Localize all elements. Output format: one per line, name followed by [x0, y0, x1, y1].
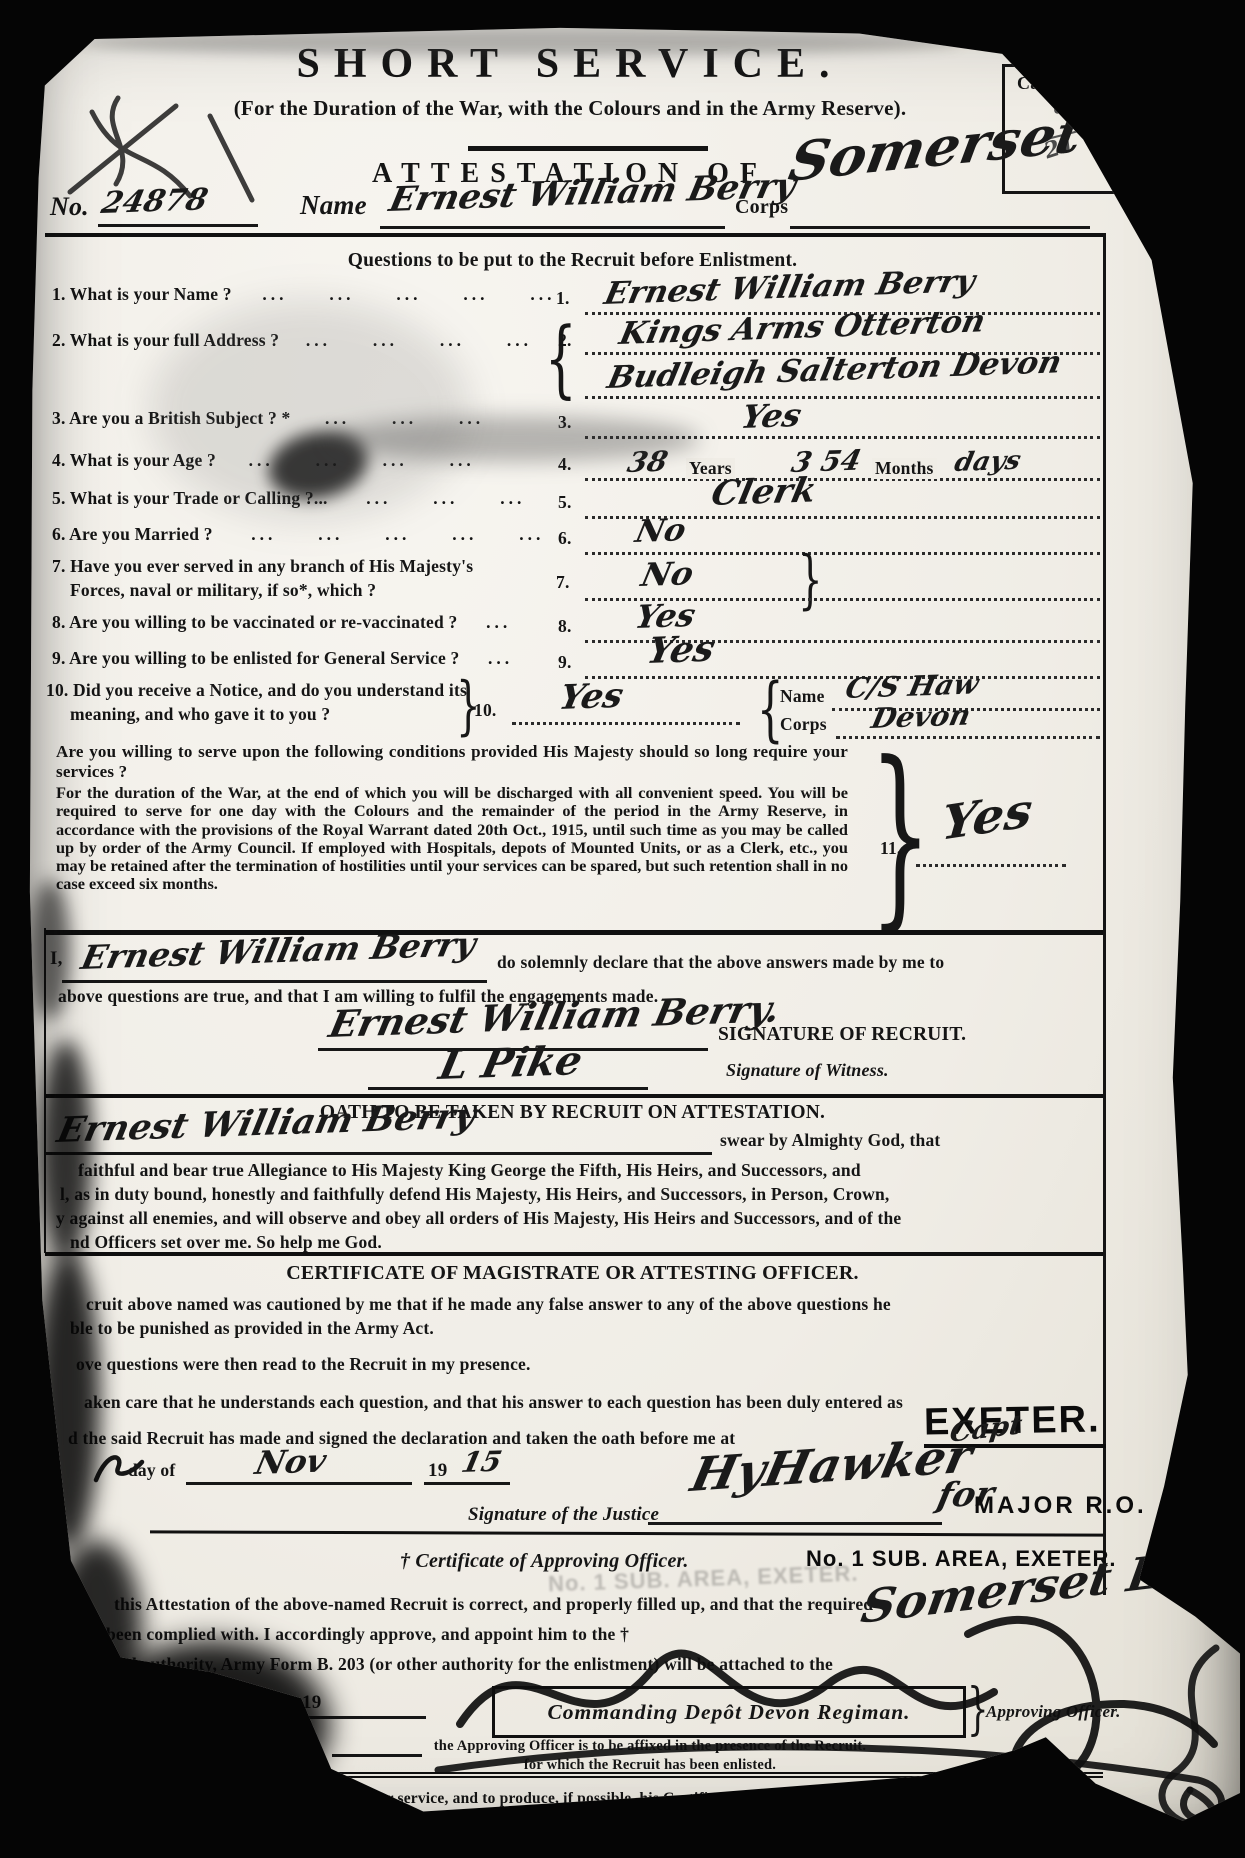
- oath-name-underline: [46, 1152, 712, 1155]
- answer-11-value: Yes: [939, 783, 1034, 852]
- year-handwritten: 15: [458, 1445, 504, 1479]
- answer-4-dotline: [585, 478, 1100, 481]
- paper-sheet: SHORT SERVICE. (For the Duration of the …: [0, 0, 1245, 1858]
- year-printed: 19: [428, 1460, 447, 1482]
- question-7-brace: }: [798, 550, 822, 610]
- question-5-label: 5. What is your Trade or Calling ?... ..…: [52, 488, 525, 509]
- card-no-label: Card No: [1017, 73, 1085, 94]
- form-left-border: [44, 928, 46, 1253]
- attestation-form-scan: SHORT SERVICE. (For the Duration of the …: [0, 0, 1245, 1858]
- leader-dots: ... ... ...: [366, 488, 525, 508]
- justice-underline: [648, 1522, 942, 1525]
- footer-name-line: [712, 1830, 1090, 1833]
- answer-11-num: 11.: [880, 838, 902, 859]
- question-7-label-line2: Forces, naval or military, if so*, which…: [70, 580, 376, 601]
- approving-officer-signature: [408, 1574, 1238, 1844]
- answer-7-value: No: [638, 554, 697, 594]
- footer-line-2: red ink, as follows, viz.—(Name): [420, 1813, 641, 1831]
- question-8-label: 8. Are you willing to be vaccinated or r…: [52, 612, 511, 633]
- leader-dots: ... ... ... ...: [249, 450, 475, 470]
- justice-bottom-rule: [150, 1530, 1103, 1536]
- day-number-scrawl: [88, 1444, 148, 1488]
- months-label: Months: [872, 458, 937, 479]
- oath-line-3: y against all enemies, and will observe …: [56, 1208, 901, 1229]
- declaration-i-label: I,: [50, 948, 63, 970]
- witness-signature: L Pike: [435, 1037, 587, 1089]
- bottom-right-pen-flourish: [1120, 1640, 1240, 1850]
- answer-2-dotline-2: [585, 396, 1100, 399]
- answer-5-value: Clerk: [708, 470, 820, 514]
- answer-4-num: 4.: [558, 454, 572, 475]
- question-4-label: 4. What is your Age ? ... ... ... ...: [52, 450, 475, 471]
- declaration-name-underline: [62, 980, 487, 983]
- no-underline: [98, 224, 258, 227]
- month-value: Nov: [252, 1442, 330, 1482]
- notice-name-label: Name: [780, 686, 825, 707]
- answer-4-days-value: days: [952, 446, 1024, 478]
- answer-6-value: No: [632, 512, 689, 550]
- day-of-line: [186, 1482, 412, 1485]
- leader-dots: ...: [486, 612, 511, 632]
- answer-9-dotline: [585, 676, 1100, 679]
- answer-3-value: Yes: [738, 396, 805, 436]
- name-label: Name: [300, 190, 367, 221]
- question-1-label: 1. What is your Name ? ... ... ... ... .…: [52, 284, 555, 305]
- magistrate-para2: ove questions were then read to the Recr…: [76, 1354, 531, 1375]
- oath-swear-text: swear by Almighty God, that: [720, 1130, 940, 1151]
- corps-underline: [790, 226, 1090, 229]
- magistrate-para1-line1: cruit above named was cautioned by me th…: [86, 1294, 891, 1315]
- major-ro-stamp: MAJOR R.O.: [974, 1492, 1147, 1520]
- answer-5-num: 5.: [558, 492, 572, 513]
- top-left-pen-marks: [58, 88, 288, 218]
- answer-6-num: 6.: [558, 528, 572, 549]
- name-underline: [380, 226, 725, 229]
- question-11-intro: Are you willing to serve upon the follow…: [56, 742, 848, 782]
- witness-signature-underline: [368, 1087, 648, 1090]
- magistrate-heading: CERTIFICATE OF MAGISTRATE OR ATTESTING O…: [45, 1262, 1100, 1285]
- answer-1-num: 1.: [556, 288, 570, 309]
- corps-label: Corps: [735, 196, 788, 219]
- question-10-label-line2: meaning, and who gave it to you ?: [70, 704, 330, 725]
- question-3-label: 3. Are you a British Subject ? * ... ...…: [52, 408, 484, 429]
- magistrate-para4: d the said Recruit has made and signed t…: [68, 1428, 735, 1449]
- witness-signature-label: Signature of Witness.: [726, 1060, 889, 1081]
- answer-10-value: Yes: [556, 676, 627, 718]
- approving-year-line: [242, 1716, 426, 1719]
- question-10-label-line1: 10. Did you receive a Notice, and do you…: [46, 680, 467, 701]
- question-11-brace: }: [869, 744, 931, 926]
- leader-dots: ... ... ... ... ...: [251, 524, 544, 544]
- answer-2-value-1: Kings Arms Otterton: [616, 303, 988, 352]
- declaration-bottom-rule: [45, 1094, 1103, 1098]
- oath-line-4: nd Officers set over me. So help me God.: [70, 1232, 382, 1253]
- year-line: [424, 1482, 510, 1485]
- declaration-text-1: do solemnly declare that the above answe…: [497, 952, 944, 973]
- approving-year: 19: [302, 1692, 321, 1714]
- footer-line-3: on the (Date): [498, 1835, 587, 1853]
- header-divider: [468, 146, 708, 151]
- leader-dots: ...: [488, 648, 513, 668]
- question-2-label: 2. What is your full Address ? ... ... .…: [52, 330, 532, 351]
- question-11-body: For the duration of the War, at the end …: [56, 784, 848, 894]
- question-7-label-line1: 7. Have you ever served in any branch of…: [52, 556, 473, 577]
- leader-dots: ... ... ... ... ...: [262, 284, 555, 304]
- answer-2-num: 2.: [558, 330, 572, 351]
- answer-10-num: 10.: [474, 700, 496, 721]
- answer-9-value: Yes: [644, 628, 719, 672]
- form-title: SHORT SERVICE.: [150, 40, 990, 88]
- recruit-signature-label: SIGNATURE OF RECRUIT.: [718, 1024, 966, 1046]
- oath-line-1: faithful and bear true Allegiance to His…: [78, 1160, 861, 1181]
- question-9-label: 9. Are you willing to be enlisted for Ge…: [52, 648, 513, 669]
- leader-dots: ... ... ...: [325, 408, 484, 428]
- oath-bottom-rule: [45, 1252, 1103, 1256]
- answer-7-num: 7.: [556, 572, 570, 593]
- answer-11-dotline: [916, 864, 1066, 867]
- answer-3-dotline: [585, 436, 1100, 439]
- question-6-label: 6. Are you Married ? ... ... ... ... ...: [52, 524, 544, 545]
- form-right-border: [1103, 233, 1106, 1595]
- notice-corps-label: Corps: [780, 714, 827, 735]
- leader-dots: ... ... ... ...: [306, 330, 532, 350]
- footer-date-line: [608, 1851, 998, 1854]
- magistrate-para1-line2: ble to be punished as provided in the Ar…: [70, 1318, 434, 1339]
- answer-9-num: 9.: [558, 652, 572, 673]
- answer-3-num: 3.: [558, 412, 572, 433]
- magistrate-para3: aken care that he understands each quest…: [84, 1392, 903, 1413]
- oath-line-2: l, as in duty bound, honestly and faithf…: [60, 1184, 890, 1205]
- answer-10-dotline: [512, 722, 740, 725]
- justice-label: Signature of the Justice: [468, 1504, 659, 1526]
- answer-4-years-value: 38: [624, 445, 670, 479]
- header-rule: [45, 233, 1103, 237]
- answer-8-num: 8.: [558, 616, 572, 637]
